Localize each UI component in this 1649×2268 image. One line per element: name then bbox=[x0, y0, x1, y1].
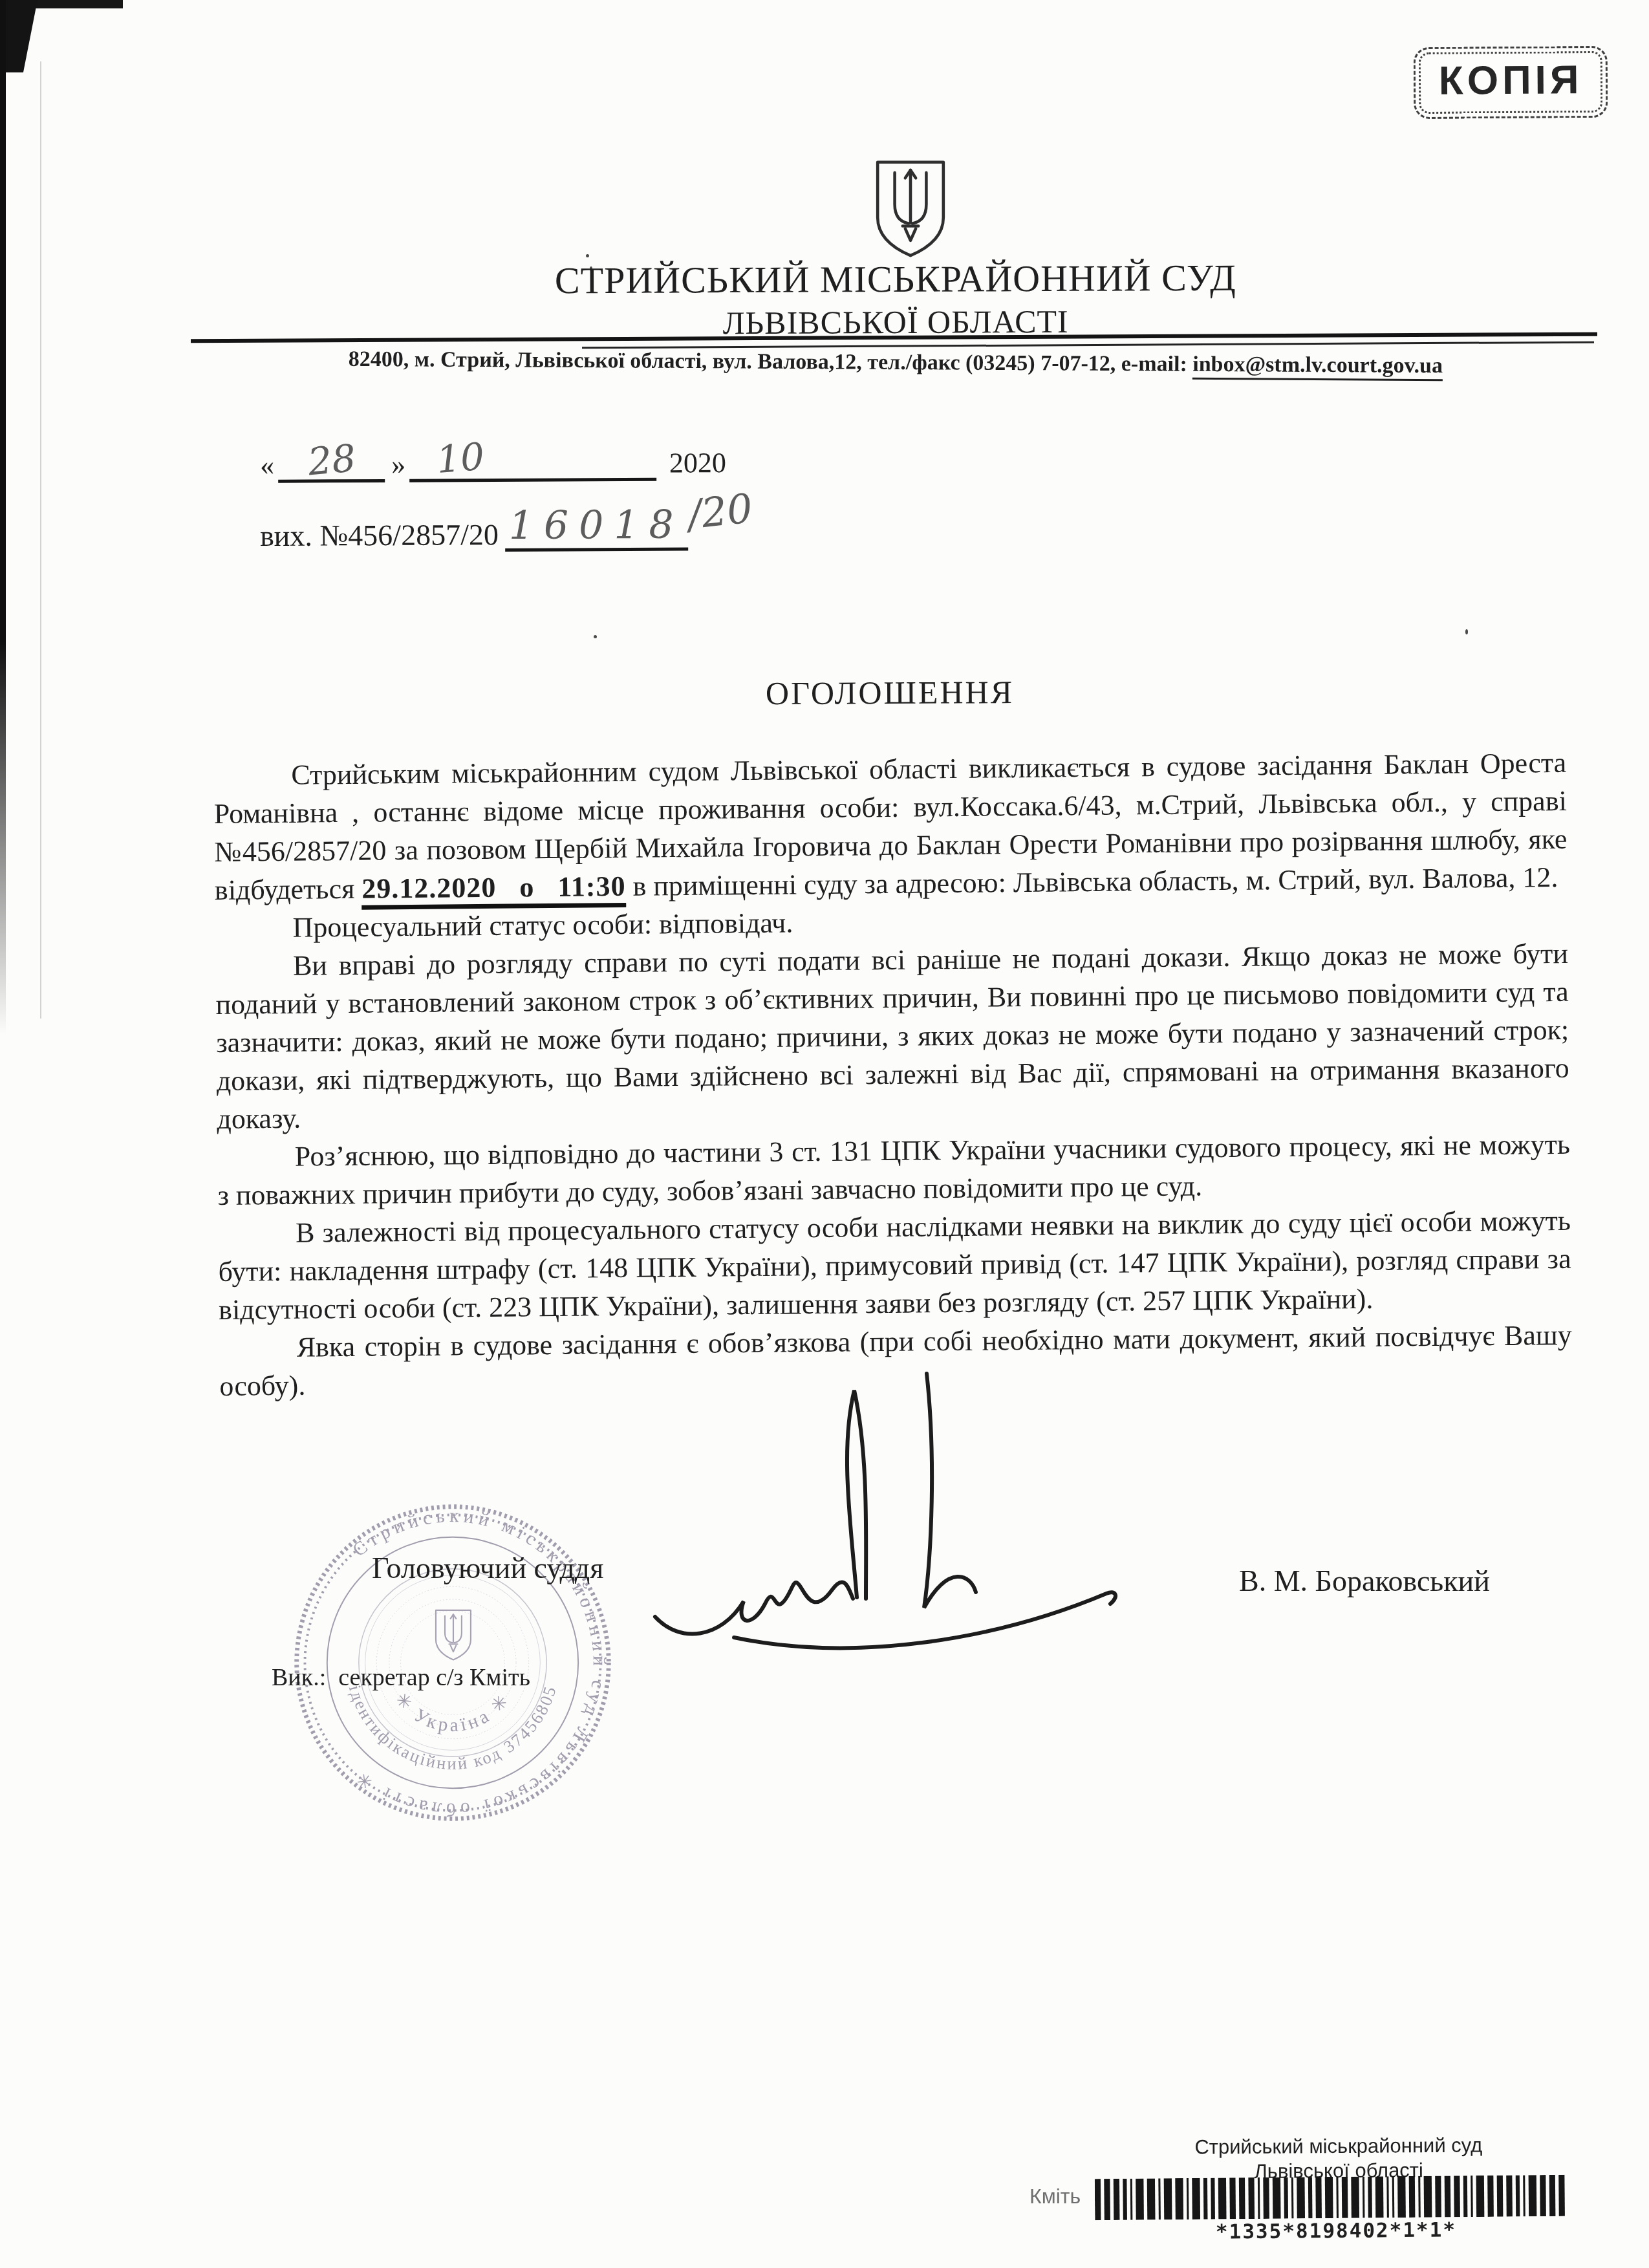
scanned-court-document: КОПІЯ СТРИЙСЬКИЙ МІСЬКРАЙОННИЙ СУД ЛЬВІВ… bbox=[0, 0, 1649, 2268]
court-round-stamp: Стрийський міськрайонний суд Львівської … bbox=[288, 1498, 618, 1828]
svg-text:✳ Україна ✳: ✳ Україна ✳ bbox=[391, 1689, 515, 1736]
paragraph-consequences: В залежності від процесуального статусу … bbox=[218, 1202, 1572, 1329]
court-address-line: 82400, м. Стрий, Львівської області, вул… bbox=[194, 346, 1597, 379]
judge-signature bbox=[637, 1358, 1141, 1675]
barcode-value: *1335*8198402*1*1* bbox=[1099, 2218, 1573, 2245]
scan-speck bbox=[594, 635, 597, 638]
handwritten-date-month: 10 bbox=[435, 435, 486, 482]
court-name-line1: СТРИЙСЬКИЙ МІСЬКРАЙОННИЙ СУД bbox=[194, 254, 1597, 303]
paragraph-summons: Стрийським міськрайонним судом Львівсько… bbox=[213, 744, 1568, 909]
scan-speck bbox=[586, 254, 589, 257]
date-close-quote: » bbox=[385, 448, 409, 482]
handwritten-ref-number: 16018 bbox=[505, 502, 688, 552]
executor-line: Вик.: секретар с/з Кміть bbox=[272, 1663, 530, 1692]
page-title: ОГОЛОШЕННЯ bbox=[213, 671, 1566, 715]
outgoing-ref-label: вих. №456/2857/20 bbox=[260, 517, 499, 553]
document-header: СТРИЙСЬКИЙ МІСЬКРАЙОННИЙ СУД ЛЬВІВСЬКОЇ … bbox=[194, 254, 1598, 343]
date-row: « 28 » 10 2020 bbox=[260, 433, 726, 483]
paragraph-evidence: Ви вправі до розгляду справи по суті под… bbox=[215, 934, 1570, 1138]
barcode bbox=[1095, 2175, 1569, 2220]
scan-speck bbox=[1465, 629, 1468, 634]
coat-of-arms-icon bbox=[871, 158, 950, 259]
scan-artifact-fold-line bbox=[40, 61, 41, 1019]
copy-stamp: КОПІЯ bbox=[1414, 46, 1608, 119]
footer-court-line1: Стрийський міськрайонний суд bbox=[1099, 2132, 1578, 2160]
stamp-country-text: ✳ Україна ✳ bbox=[391, 1689, 515, 1736]
handwritten-ref-suffix: /20 bbox=[685, 484, 755, 539]
header-rule-bottom bbox=[582, 341, 1594, 349]
judge-name: В. М. Бораковський bbox=[1239, 1564, 1490, 1598]
summons-text-after: в приміщенні суду за адресою: Львівська … bbox=[625, 861, 1558, 902]
paragraph-explanation: Роз’яснюю, що відповідно до частини 3 ст… bbox=[217, 1125, 1571, 1215]
footer-clerk-label: Кміть bbox=[1029, 2185, 1081, 2209]
court-email: inbox@stm.lv.court.gov.ua bbox=[1192, 352, 1443, 381]
date-year: 2020 bbox=[669, 446, 726, 481]
document-body: Стрийським міськрайонним судом Львівсько… bbox=[213, 744, 1573, 1405]
barcode-bars bbox=[1095, 2175, 1565, 2220]
date-month-field: 10 bbox=[409, 434, 656, 482]
date-open-quote: « bbox=[260, 449, 278, 483]
date-day-field: 28 bbox=[278, 435, 385, 483]
judge-title: Головуючий суддя bbox=[372, 1551, 603, 1585]
court-address-text: 82400, м. Стрий, Львівської області, вул… bbox=[349, 347, 1193, 376]
handwritten-date-day: 28 bbox=[306, 436, 358, 484]
copy-stamp-label: КОПІЯ bbox=[1419, 51, 1603, 114]
outgoing-ref-row: вих. №456/2857/20 16018 /20 bbox=[260, 502, 753, 553]
hearing-datetime: 29.12.2020 о 11:30 bbox=[361, 870, 626, 910]
scan-artifact-left-strip bbox=[0, 0, 6, 1035]
stamp-trident-icon bbox=[436, 1610, 471, 1660]
